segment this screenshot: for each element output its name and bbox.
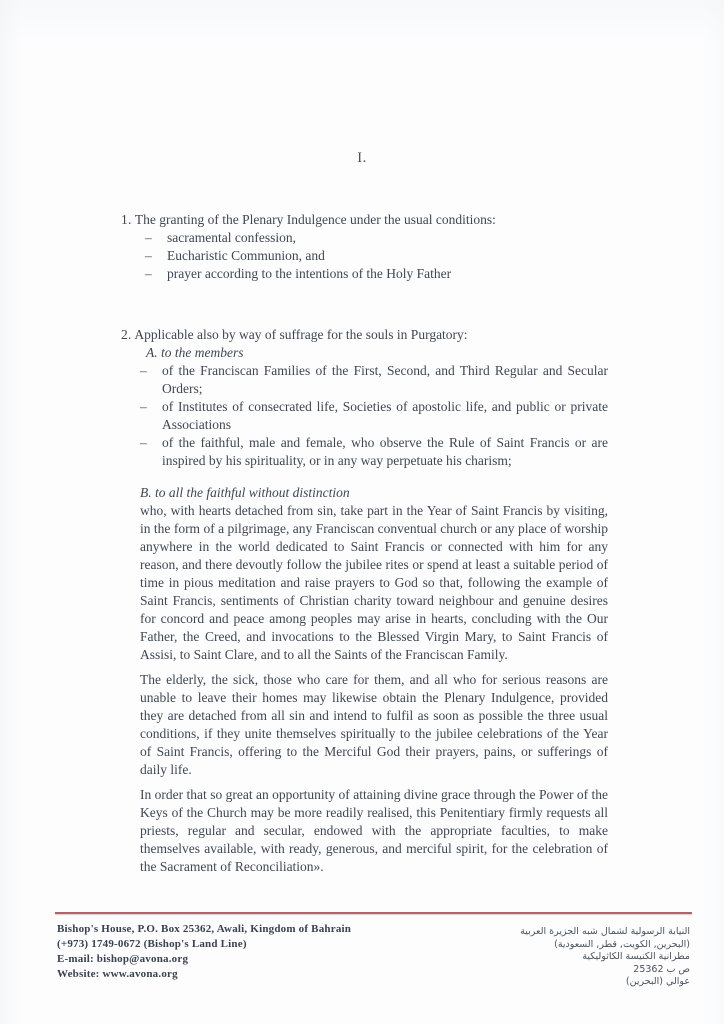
dash-bullet: – bbox=[145, 229, 167, 247]
footer-arabic-line: (البحرين, الكويت, قطر, السعودية) bbox=[410, 939, 690, 952]
list-item-text: of the faithful, male and female, who ob… bbox=[162, 434, 608, 470]
dash-bullet: – bbox=[145, 265, 167, 283]
sub-section-label: B. bbox=[140, 485, 152, 500]
footer-arabic-line: مطرانية الكنيسة الكاثوليكية bbox=[410, 951, 690, 964]
footer-contact-block: Bishop's House, P.O. Box 25362, Awali, K… bbox=[57, 922, 351, 982]
footer-website-line: Website: www.avona.org bbox=[57, 967, 351, 982]
item-number: 2. bbox=[121, 327, 132, 342]
dash-bullet: – bbox=[140, 434, 162, 470]
body-paragraph: The elderly, the sick, those who care fo… bbox=[140, 671, 608, 779]
list-item-text: of the Franciscan Families of the First,… bbox=[162, 362, 608, 398]
item-number: 1. bbox=[121, 212, 132, 227]
list-item: – Eucharistic Communion, and bbox=[145, 247, 608, 265]
item-text: The granting of the Plenary Indulgence u… bbox=[135, 212, 496, 227]
list-item-text: Eucharistic Communion, and bbox=[167, 247, 608, 265]
dash-bullet: – bbox=[145, 247, 167, 265]
footer-arabic-block: النيابة الرسولية لشمال شبه الجزيرة العرب… bbox=[410, 926, 690, 989]
numbered-item-1: 1. The granting of the Plenary Indulgenc… bbox=[121, 205, 608, 229]
section-heading: I. bbox=[0, 150, 724, 167]
sub-section-label: A. bbox=[146, 345, 158, 360]
body-paragraph: In order that so great an opportunity of… bbox=[140, 786, 608, 876]
sub-section-title: to all the faithful without distinction bbox=[155, 485, 350, 500]
footer-arabic-line: النيابة الرسولية لشمال شبه الجزيرة العرب… bbox=[410, 926, 690, 939]
sub-section-a-heading: A. to the members bbox=[146, 344, 608, 362]
footer-phone-line: (+973) 1749-0672 (Bishop's Land Line) bbox=[57, 937, 351, 952]
dash-bullet: – bbox=[140, 398, 162, 434]
list-item-text: of Institutes of consecrated life, Socie… bbox=[162, 398, 608, 434]
sub-section-title: to the members bbox=[161, 345, 243, 360]
members-list: – of the Franciscan Families of the Firs… bbox=[140, 362, 608, 470]
list-item: – of the faithful, male and female, who … bbox=[140, 434, 608, 470]
footer-address-line: Bishop's House, P.O. Box 25362, Awali, K… bbox=[57, 922, 351, 937]
footer-divider-rule bbox=[55, 912, 692, 914]
list-item: – of Institutes of consecrated life, Soc… bbox=[140, 398, 608, 434]
footer-arabic-line: عوالي (البحرين) bbox=[410, 976, 690, 989]
list-item-text: sacramental confession, bbox=[167, 229, 608, 247]
document-body: 1. The granting of the Plenary Indulgenc… bbox=[121, 205, 608, 876]
scanned-document-page: I. 1. The granting of the Plenary Indulg… bbox=[0, 0, 724, 1024]
sub-section-b: B. to all the faithful without distincti… bbox=[140, 484, 608, 876]
item-text: Applicable also by way of suffrage for t… bbox=[134, 327, 467, 342]
list-item-text: prayer according to the intentions of th… bbox=[167, 265, 608, 283]
conditions-list: – sacramental confession, – Eucharistic … bbox=[145, 229, 608, 283]
sub-section-b-heading: B. to all the faithful without distincti… bbox=[140, 484, 608, 502]
footer-arabic-line: ص ب 25362 bbox=[410, 964, 690, 977]
list-item: – prayer according to the intentions of … bbox=[145, 265, 608, 283]
dash-bullet: – bbox=[140, 362, 162, 398]
footer-email-line: E-mail: bishop@avona.org bbox=[57, 952, 351, 967]
numbered-item-2: 2. Applicable also by way of suffrage fo… bbox=[121, 320, 608, 344]
body-paragraph: who, with hearts detached from sin, take… bbox=[140, 502, 608, 664]
list-item: – sacramental confession, bbox=[145, 229, 608, 247]
list-item: – of the Franciscan Families of the Firs… bbox=[140, 362, 608, 398]
